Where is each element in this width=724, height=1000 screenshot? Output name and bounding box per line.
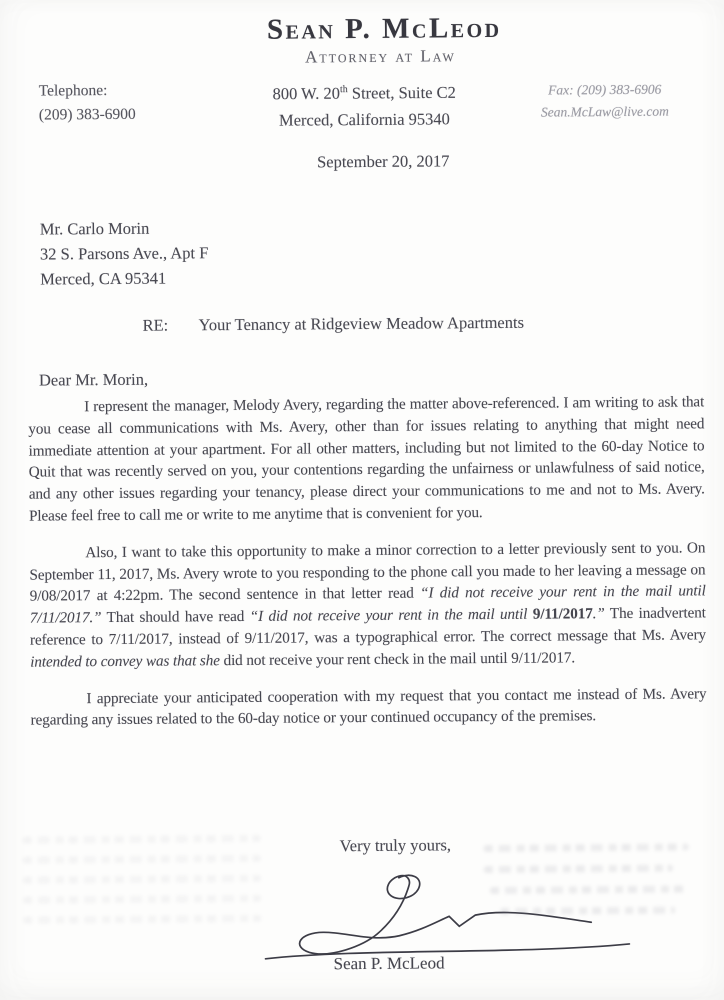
letter-content: Sean P. McLeod Attorney at Law Telephone… [0, 0, 724, 1000]
fax-number: Fax: (209) 383-6906 [495, 78, 715, 102]
bleed-line [23, 835, 261, 844]
paragraph: I represent the manager, Melody Avery, r… [28, 391, 705, 527]
bleed-line [501, 907, 675, 915]
re-line: RE:Your Tenancy at Ridgeview Meadow Apar… [35, 311, 724, 336]
text-segment: .” [593, 605, 605, 622]
bleed-line [23, 895, 261, 904]
re-subject: Your Tenancy at Ridgeview Meadow Apartme… [198, 313, 524, 335]
address-ordinal-suffix: th [340, 84, 348, 95]
salutation: Dear Mr. Morin, [39, 365, 724, 390]
text-segment: “I did not receive your rent in the mail… [250, 606, 533, 625]
bleed-through-artifact-right [484, 843, 690, 929]
recipient-line: 32 S. Parsons Ave., Apt F [40, 240, 209, 266]
bleed-line [23, 875, 261, 884]
office-address: 800 W. 20th Street, Suite C2 Merced, Cal… [220, 76, 509, 134]
address-street-post: Street, Suite C2 [348, 83, 456, 103]
text-segment: did not receive your rent check in the m… [220, 649, 575, 669]
recipient-line: Mr. Carlo Morin [40, 215, 209, 241]
letterhead-contact-row: Telephone: (209) 383-6900 800 W. 20th St… [1, 74, 724, 135]
bleed-line [490, 885, 689, 894]
bleed-line [23, 855, 261, 864]
address-line-2: Merced, California 95340 [220, 105, 509, 133]
text-segment: That should have read [101, 608, 249, 626]
recipient-block: Mr. Carlo Morin32 S. Parsons Ave., Apt F… [40, 215, 209, 291]
bleed-through-artifact-left [23, 835, 262, 937]
telephone-block: Telephone: (209) 383-6900 [1, 78, 206, 128]
fax-email-block: Fax: (209) 383-6906 Sean.McLaw@live.com [495, 74, 724, 124]
text-segment: intended to convey was that she [30, 652, 220, 670]
paragraph: I appreciate your anticipated cooperatio… [30, 683, 706, 732]
text-segment: 9/11/2017 [533, 605, 593, 622]
bleed-line [23, 915, 261, 924]
paragraph: Also, I want to take this opportunity to… [29, 537, 706, 673]
address-street-pre: 800 W. 20 [272, 84, 340, 104]
telephone-number: (209) 383-6900 [39, 102, 206, 127]
text-segment: I appreciate your anticipated cooperatio… [31, 685, 707, 729]
bleed-line [484, 843, 689, 852]
letter-date: September 20, 2017 [21, 149, 724, 175]
telephone-label: Telephone: [39, 78, 206, 103]
bleed-line [484, 865, 673, 873]
typed-signer-name: Sean P. McLeod [333, 953, 444, 974]
scanned-letter-page: Sean P. McLeod Attorney at Law Telephone… [0, 0, 724, 1000]
recipient-line: Merced, CA 95341 [40, 265, 209, 291]
re-label: RE: [142, 315, 198, 335]
email-address: Sean.McLaw@live.com [495, 100, 715, 124]
address-line-1: 800 W. 20th Street, Suite C2 [220, 76, 509, 108]
letter-paragraphs: I represent the manager, Melody Avery, r… [28, 391, 707, 838]
letterhead-name: Sean P. McLeod [22, 10, 724, 49]
text-segment: I represent the manager, Melody Avery, r… [28, 393, 705, 524]
